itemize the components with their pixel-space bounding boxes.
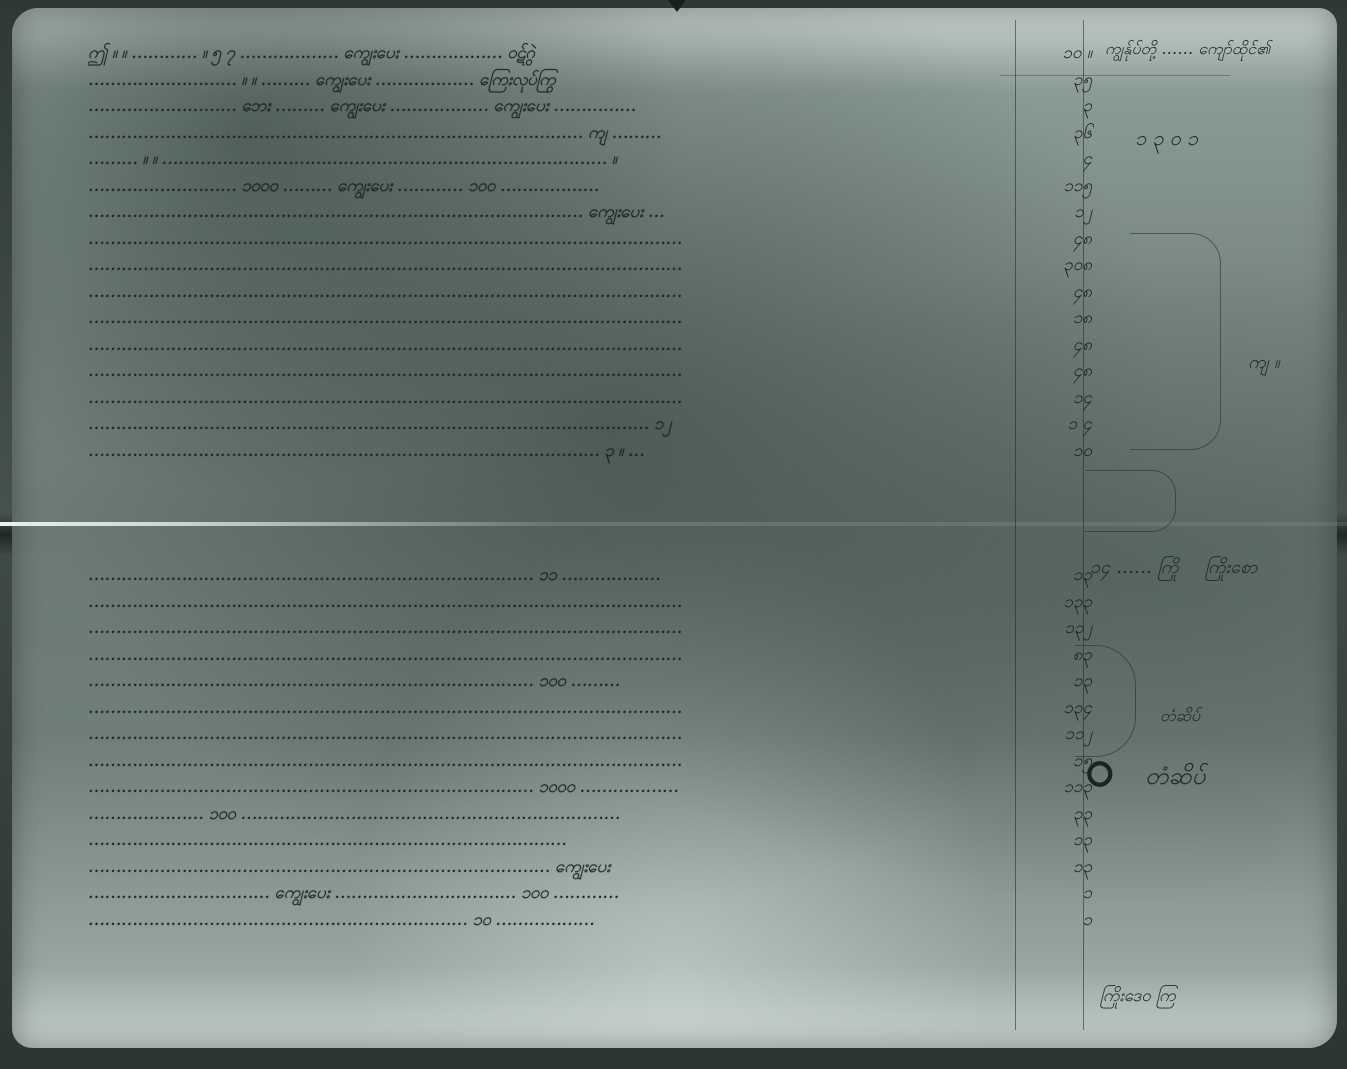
manuscript-line: ……………………… ။ ။ ……… ကျွေးပေး ……………… ကြေးလု…	[88, 67, 993, 94]
margin-bracket-upper	[1130, 233, 1221, 450]
margin-bracket-lower	[1085, 470, 1176, 532]
manuscript-line: ………………………………………………………………………………………………	[88, 305, 993, 332]
margin-signature-note: ကြိုးစော	[1205, 555, 1258, 582]
line-number: ၃၆	[1000, 120, 1100, 147]
lower-text-block: ……………………………………………………………………… ၁၁ ……………… ………	[88, 562, 993, 933]
line-number: ၁၈	[1000, 305, 1100, 332]
line-number: ၃၀၈	[1000, 252, 1100, 279]
upper-number-column: ၁၀ ။ ၃၅ ၃ ၃၆ ၄ ၁၁၅ ၁၂ ၄၈ ၃၀၈ ၄၈ ၁၈ ၄၈ ၄၈…	[1000, 40, 1100, 464]
manuscript-line: …………………………………………………………… ၁၀ ………………	[88, 907, 993, 934]
line-number: ၄၈	[1000, 226, 1100, 253]
manuscript-line: …………………………… ကျွေးပေး …………………………… ၁၀၀ …………	[88, 880, 993, 907]
line-number: ၄၈	[1000, 332, 1100, 359]
manuscript-line: ………………………………………………………………………………………… ၁၂	[88, 411, 993, 438]
manuscript-line: ………………………………………………………………………………………………	[88, 748, 993, 775]
manuscript-line: ………………………………………………………………………………… ၃ ။ …	[88, 438, 993, 465]
line-number: ၁၀	[1000, 438, 1100, 465]
manuscript-line: ……… ။ ။ ……………………………………………………………………… ။	[88, 146, 993, 173]
line-number: ၃၅	[1000, 67, 1100, 94]
line-number: ၁၃	[1000, 854, 1100, 881]
manuscript-line: ……………………………………………………………………… ၁၀၀၀ ………………	[88, 774, 993, 801]
margin-seal-small-note: တံဆိပ်	[1160, 705, 1200, 729]
manuscript-line: ……………………………………………………………………………… ကျွေးပေး …	[88, 199, 993, 226]
line-number: ၁၂	[1000, 199, 1100, 226]
manuscript-line: ………………………………………………………………………… ကျွေးပေး	[88, 854, 993, 881]
seal-mark: ဝ	[1085, 735, 1114, 811]
manuscript-line: ……………………………………………………………………… ၁၁ ………………	[88, 562, 993, 589]
footer-note: ကြိုးဒေဝ ကြ	[1100, 985, 1176, 1010]
line-number: ၃	[1000, 93, 1100, 120]
line-number: ၁၃	[1000, 827, 1100, 854]
line-number: ၄	[1000, 146, 1100, 173]
margin-header-note: ကျွန်ုပ်တို့ …… ကျော်ထိုင်၏	[1105, 38, 1270, 62]
line-number: ၁၃၂	[1000, 615, 1100, 642]
manuscript-line: ………………………………………………………………………………………………	[88, 642, 993, 669]
line-number: ၁၄	[1000, 385, 1100, 412]
margin-numeral-note: ၁၃၀၁	[1135, 125, 1204, 155]
manuscript-line: ဤ ။ ။ ………… ။ ၅ ၇ ……………… ကျွေးပေး ……………… …	[88, 40, 993, 67]
margin-note-middle: ၁၄ …… ကြို	[1090, 555, 1178, 582]
manuscript-line: ……………………………………………………………………………… ကျ ………	[88, 120, 993, 147]
manuscript-line: ………………………………………………………………………………………………	[88, 385, 993, 412]
manuscript-line: ………………………………………………………………………………………………	[88, 252, 993, 279]
line-number: ၁၁၅	[1000, 173, 1100, 200]
line-number: ၁၃	[1000, 562, 1100, 589]
upper-text-block: ဤ ။ ။ ………… ။ ၅ ၇ ……………… ကျွေးပေး ……………… …	[88, 40, 993, 464]
line-number: ၁	[1000, 880, 1100, 907]
line-number: ၁	[1000, 907, 1100, 934]
manuscript-line: ………………………………………………………………………………………………	[88, 721, 993, 748]
line-number: ၄၈	[1000, 358, 1100, 385]
manuscript-line: ………………………………………………………………………………………………	[88, 589, 993, 616]
line-number: ၄၈	[1000, 279, 1100, 306]
manuscript-line: ………………………………………………………………………………………………	[88, 332, 993, 359]
line-number: ၁ ၄	[1000, 411, 1100, 438]
manuscript-line: ……………………………………………………………………………	[88, 827, 993, 854]
manuscript-line: ………………………………………………………………………………………………	[88, 615, 993, 642]
manuscript-line: ………………………………………………………………………………………………	[88, 279, 993, 306]
line-number: ၁၀ ။	[1000, 40, 1100, 67]
manuscript-line: ………………………………………………………………………………………………	[88, 226, 993, 253]
margin-bracket-note: ကျ ။	[1248, 350, 1280, 377]
seal-label: တံဆိပ်	[1145, 760, 1205, 796]
manuscript-line: ………………… ၁၀၀ ……………………………………………………………	[88, 801, 993, 828]
top-notch	[668, 0, 686, 12]
manuscript-line: ………………………………………………………………………………………………	[88, 695, 993, 722]
manuscript-line: ……………………… ၁၀၀၀ ……… ကျွေးပေး ………… ၁၀၀ …………	[88, 173, 993, 200]
line-number: ၁၃၃	[1000, 589, 1100, 616]
manuscript-line: ……………………………………………………………………… ၁၀၀ ………	[88, 668, 993, 695]
manuscript-line: ……………………… ဘေး ……… ကျွေးပေး ……………… ကျွေးပ…	[88, 93, 993, 120]
manuscript-line: ………………………………………………………………………………………………	[88, 358, 993, 385]
